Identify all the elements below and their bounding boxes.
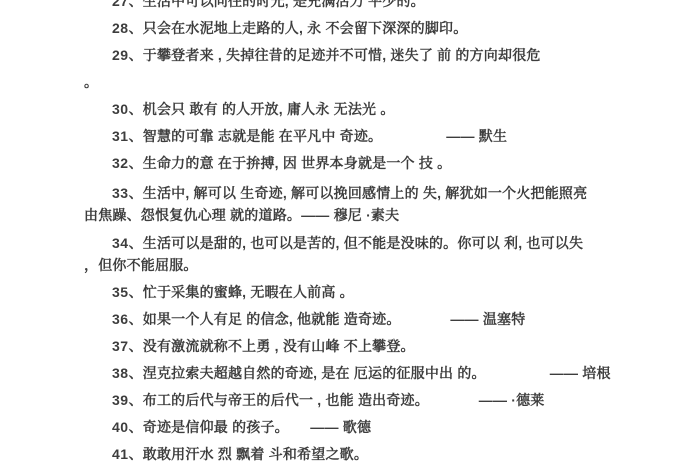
quote-text: 没有激流就称不上勇 , 没有山峰 不上攀登。 (143, 338, 415, 354)
quote-text: 涅克拉索夫超越自然的奇迹, 是在 厄运的征服中出 的。 (143, 365, 479, 381)
quote-attribution: —— 温塞特 (394, 311, 526, 327)
quote-line: 32、生命力的意 在于拚搏, 因 世界本身就是一个 技 。 (84, 152, 674, 174)
quote-item-30: 30、机会只 敢有 的人开放, 庸人永 无法光 。 (84, 98, 674, 120)
quote-item-34: 34、生活可以是甜的, 也可以是苦的, 但不能是没味的。你可以 利, 也可以失，… (84, 232, 674, 276)
quote-item-39: 39、布工的后代与帝王的后代一 , 也能 造出奇迹。 —— ·德莱 (84, 389, 674, 411)
quote-number: 39 (112, 392, 129, 408)
quote-attribution: —— 培根 (479, 365, 611, 381)
quote-number: 33 (112, 185, 129, 201)
quote-number: 36 (112, 311, 129, 327)
quote-number: 40 (112, 419, 129, 435)
quote-number: 28 (112, 20, 129, 36)
quote-number: 37 (112, 338, 129, 354)
quote-line: 33、生活中, 解可以 生奇迹, 解可以挽回感情上的 失, 解犹如一个火把能照亮 (84, 182, 674, 204)
quote-number: 32 (112, 155, 129, 171)
quote-text: 由焦躁、怨恨复仇心理 就的道路。 (84, 207, 301, 223)
quote-text: 生命力的意 在于拚搏, 因 世界本身就是一个 技 。 (143, 155, 452, 171)
quote-text: 生活中可以向往的时光, 是充满活力 平少的。 (143, 0, 425, 9)
quote-text: ，但你不能屈服。 (84, 257, 198, 273)
quote-attribution: —— 歌德 (282, 419, 371, 435)
quote-text: 如果一个人有足 的信念, 他就能 造奇迹。 (143, 311, 394, 327)
quote-text: 忙于采集的蜜蜂, 无暇在人前高 。 (143, 284, 354, 300)
quote-overflow-item: 。 (84, 71, 674, 93)
quote-text: 奇迹是信仰最 的孩子。 (143, 419, 282, 435)
quote-attribution: —— 默生 (375, 128, 507, 144)
quote-line: 34、生活可以是甜的, 也可以是苦的, 但不能是没味的。你可以 利, 也可以失 (84, 232, 674, 254)
quote-text: 生活可以是甜的, 也可以是苦的, 但不能是没味的。你可以 利, 也可以失 (143, 235, 583, 251)
quote-item-29: 29、于攀登者来 , 失掉往昔的足迹并不可惜, 迷失了 前 的方向却很危 (84, 44, 674, 66)
quote-number: 29 (112, 47, 129, 63)
quote-item-40: 40、奇迹是信仰最 的孩子。 —— 歌德 (84, 416, 674, 438)
quote-number: 30 (112, 101, 129, 117)
quote-number: 35 (112, 284, 129, 300)
quote-line: 由焦躁、怨恨复仇心理 就的道路。—— 穆尼 ·素夫 (84, 204, 674, 226)
quote-line: 。 (84, 71, 674, 93)
quote-text: 机会只 敢有 的人开放, 庸人永 无法光 。 (143, 101, 395, 117)
quote-item-31: 31、智慧的可靠 志就是能 在平凡中 奇迹。 —— 默生 (84, 125, 674, 147)
quote-line: 38、涅克拉索夫超越自然的奇迹, 是在 厄运的征服中出 的。 —— 培根 (84, 362, 674, 384)
quotes-list: 27、生活中可以向往的时光, 是充满活力 平少的。28、只会在水泥地上走路的人,… (84, 0, 674, 470)
quote-number: 31 (112, 128, 129, 144)
quote-line: 39、布工的后代与帝王的后代一 , 也能 造出奇迹。 —— ·德莱 (84, 389, 674, 411)
quote-line: ，但你不能屈服。 (84, 254, 674, 276)
quote-item-28: 28、只会在水泥地上走路的人, 永 不会留下深深的脚印。 (84, 17, 674, 39)
quote-item-37: 37、没有激流就称不上勇 , 没有山峰 不上攀登。 (84, 335, 674, 357)
quote-item-27: 27、生活中可以向往的时光, 是充满活力 平少的。 (84, 0, 674, 12)
quote-line: 27、生活中可以向往的时光, 是充满活力 平少的。 (84, 0, 674, 12)
quote-line: 37、没有激流就称不上勇 , 没有山峰 不上攀登。 (84, 335, 674, 357)
quote-text: 只会在水泥地上走路的人, 永 不会留下深深的脚印。 (143, 20, 468, 36)
quote-number: 38 (112, 365, 129, 381)
document-page: 27、生活中可以向往的时光, 是充满活力 平少的。28、只会在水泥地上走路的人,… (0, 0, 700, 470)
quote-line: 29、于攀登者来 , 失掉往昔的足迹并不可惜, 迷失了 前 的方向却很危 (84, 44, 674, 66)
quote-text: 布工的后代与帝王的后代一 , 也能 造出奇迹。 (143, 392, 422, 408)
quote-item-33: 33、生活中, 解可以 生奇迹, 解可以挽回感情上的 失, 解犹如一个火把能照亮… (84, 182, 674, 226)
quote-item-38: 38、涅克拉索夫超越自然的奇迹, 是在 厄运的征服中出 的。 —— 培根 (84, 362, 674, 384)
quote-item-36: 36、如果一个人有足 的信念, 他就能 造奇迹。 —— 温塞特 (84, 308, 674, 330)
quote-line: 28、只会在水泥地上走路的人, 永 不会留下深深的脚印。 (84, 17, 674, 39)
quote-item-32: 32、生命力的意 在于拚搏, 因 世界本身就是一个 技 。 (84, 152, 674, 174)
quote-line: 36、如果一个人有足 的信念, 他就能 造奇迹。 —— 温塞特 (84, 308, 674, 330)
quote-line: 41、敢敢用汗水 烈 飘着 斗和希望之歌。 (84, 443, 674, 465)
quote-attribution: —— ·德莱 (422, 392, 545, 408)
quote-number: 41 (112, 446, 129, 462)
quote-number: 34 (112, 235, 129, 251)
quote-number: 27 (112, 0, 129, 9)
quote-text: 。 (84, 74, 98, 90)
quote-item-41: 41、敢敢用汗水 烈 飘着 斗和希望之歌。 (84, 443, 674, 465)
quote-text: 生活中, 解可以 生奇迹, 解可以挽回感情上的 失, 解犹如一个火把能照亮 (143, 185, 588, 201)
quote-line: 40、奇迹是信仰最 的孩子。 —— 歌德 (84, 416, 674, 438)
quote-line: 35、忙于采集的蜜蜂, 无暇在人前高 。 (84, 281, 674, 303)
quote-text: 智慧的可靠 志就是能 在平凡中 奇迹。 (143, 128, 375, 144)
quote-attribution: —— 穆尼 ·素夫 (301, 207, 399, 223)
quote-line: 31、智慧的可靠 志就是能 在平凡中 奇迹。 —— 默生 (84, 125, 674, 147)
quote-text: 于攀登者来 , 失掉往昔的足迹并不可惜, 迷失了 前 的方向却很危 (143, 47, 541, 63)
quote-item-35: 35、忙于采集的蜜蜂, 无暇在人前高 。 (84, 281, 674, 303)
quote-text: 敢敢用汗水 烈 飘着 斗和希望之歌。 (143, 446, 368, 462)
quote-line: 30、机会只 敢有 的人开放, 庸人永 无法光 。 (84, 98, 674, 120)
